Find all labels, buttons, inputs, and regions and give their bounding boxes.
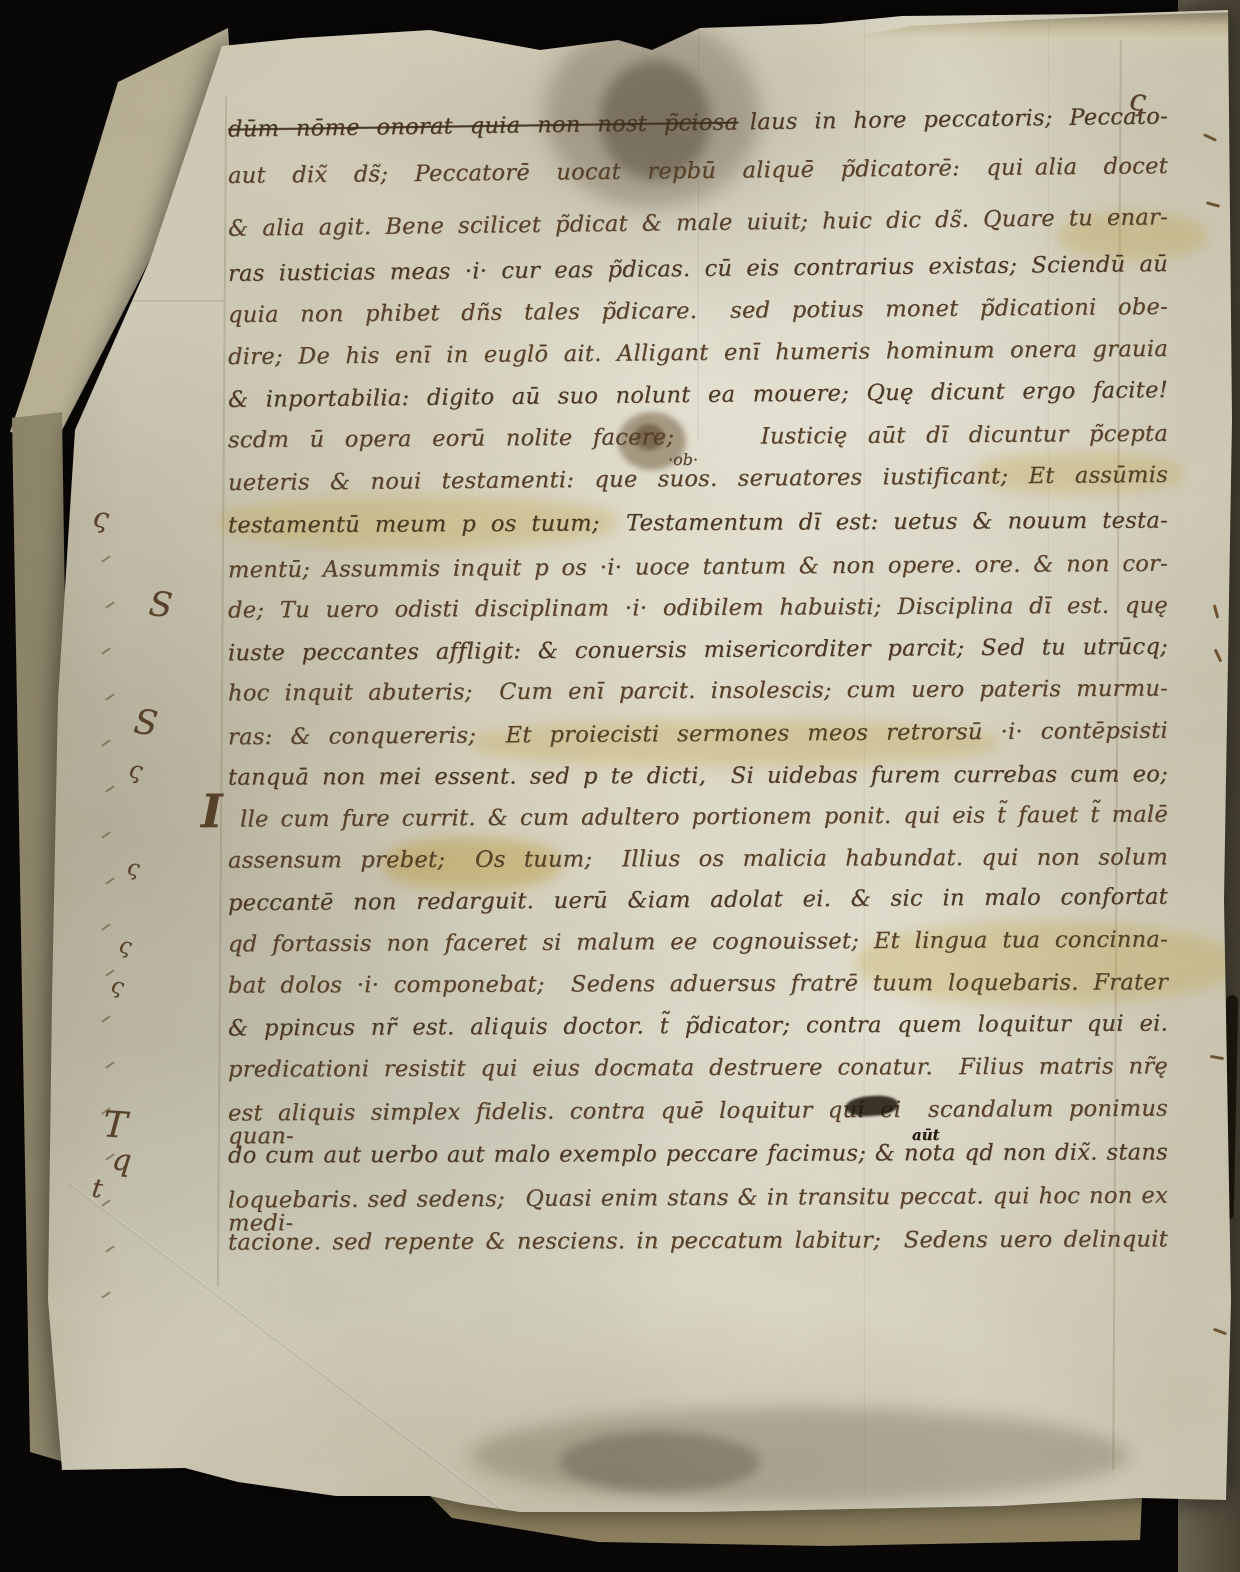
- margin-mark: S: [132, 705, 160, 742]
- pricking-mark: [101, 647, 110, 654]
- margin-mark: t: [90, 1175, 104, 1202]
- manuscript-line: predicationi resistit qui eius docmata d…: [228, 1055, 1168, 1081]
- manuscript-line: de; Tu uero odisti disciplinam ·i· odibi…: [228, 595, 1168, 622]
- margin-mark: aūt: [912, 1128, 940, 1143]
- manuscript-line: quia non phibet dñs tales p̃dicare. sed …: [228, 296, 1168, 327]
- manuscript-line: hoc inquit abuteris; Cum enī parcit. ins…: [228, 678, 1168, 705]
- manuscript-line: aut dix̃ ds̃; Peccatorē uocat repbū aliq…: [228, 155, 1168, 187]
- pricking-mark: [105, 601, 114, 608]
- pricking-mark: [105, 1245, 114, 1252]
- pricking-mark: [101, 739, 110, 746]
- manuscript-line: ueteris & noui testamenti: que suos. ser…: [228, 464, 1168, 495]
- pricking-mark: [101, 555, 110, 562]
- manuscript-line: peccantē non redarguit. uerū &iam adolat…: [228, 886, 1168, 915]
- margin-mark: ς: [164, 157, 181, 183]
- margin-mark: ς: [127, 757, 144, 783]
- margin-mark: ·ob·: [668, 452, 698, 468]
- pricking-mark: [101, 831, 110, 838]
- manuscript-line: mentū; Assummis inquit p os ·i· uoce tan…: [228, 553, 1168, 582]
- manuscript-line: tacione. sed repente & nesciens. in pecc…: [228, 1228, 1168, 1254]
- manuscript-line: bat dolos ·i· componebat; Sedens aduersu…: [228, 971, 1168, 997]
- pricking-mark: [101, 923, 110, 930]
- manuscript-line: & alia agit. Bene scilicet p̃dicat & mal…: [228, 206, 1168, 240]
- pricking-mark: [105, 1061, 114, 1068]
- manuscript-line: lle cum fure currit. & cum adultero port…: [240, 804, 1168, 831]
- margin-mark: ς: [126, 857, 141, 881]
- manuscript-line: dire; De his enī in euglō ait. Alligant …: [228, 338, 1168, 369]
- pricking-mark: [101, 1015, 110, 1022]
- manuscript-line: do cum aut uerbo aut malo exemplo peccar…: [228, 1141, 1168, 1167]
- manuscript-line: assensum prebet; Os tuum; Illius os mali…: [228, 846, 1168, 872]
- manuscript-line: dūm nōme onorat quia non nost p̃ciosa la…: [228, 105, 1168, 141]
- manuscript-line: & ppincus nr̃ est. aliquis doctor. t̃ p̃…: [228, 1013, 1168, 1040]
- pricking-mark: [105, 877, 114, 884]
- manuscript-line: scdm ū opera eorū nolite facere; Iustici…: [228, 423, 1168, 452]
- text-block: dūm nōme onorat quia non nost p̃ciosa la…: [0, 0, 1240, 1572]
- margin-mark: I: [201, 788, 223, 834]
- manuscript-line: & inportabilia: digito aū suo nolunt ea …: [228, 379, 1168, 411]
- manuscript-photograph: dūm nōme onorat quia non nost p̃ciosa la…: [0, 0, 1240, 1572]
- manuscript-line: ras iusticias meas ·i· cur eas p̃dicas. …: [228, 253, 1168, 285]
- struck-text: dūm nōme onorat quia non nost p̃ciosa: [228, 109, 739, 142]
- margin-mark: T: [102, 1107, 128, 1145]
- margin-mark: ς: [117, 935, 133, 959]
- pricking-mark: [105, 785, 114, 792]
- manuscript-line: tanquā non mei essent. sed p te dicti, S…: [228, 763, 1168, 789]
- line-text: laus in hore peccatoris; Peccato-: [738, 103, 1168, 135]
- manuscript-line: iuste peccantes affligit: & conuersis mi…: [228, 636, 1168, 665]
- margin-mark: ς: [91, 503, 110, 533]
- pricking-mark: [101, 1291, 110, 1298]
- margin-mark: q: [110, 1145, 132, 1177]
- pricking-mark: [105, 693, 114, 700]
- parchment-leaf-wrap: dūm nōme onorat quia non nost p̃ciosa la…: [0, 0, 1240, 1572]
- margin-mark: ς: [109, 975, 126, 999]
- pricking-mark: [101, 1199, 110, 1206]
- manuscript-line: qd fortassis non faceret si malum ee cog…: [228, 929, 1168, 956]
- manuscript-line: testamentū meum p os tuum; Testamentum d…: [228, 510, 1168, 537]
- margin-mark: S: [147, 587, 174, 623]
- parchment-leaf: dūm nōme onorat quia non nost p̃ciosa la…: [0, 0, 1240, 1572]
- margin-mark: ς: [1128, 85, 1147, 116]
- manuscript-line: ras: & conquereris; Et proiecisti sermon…: [228, 720, 1168, 749]
